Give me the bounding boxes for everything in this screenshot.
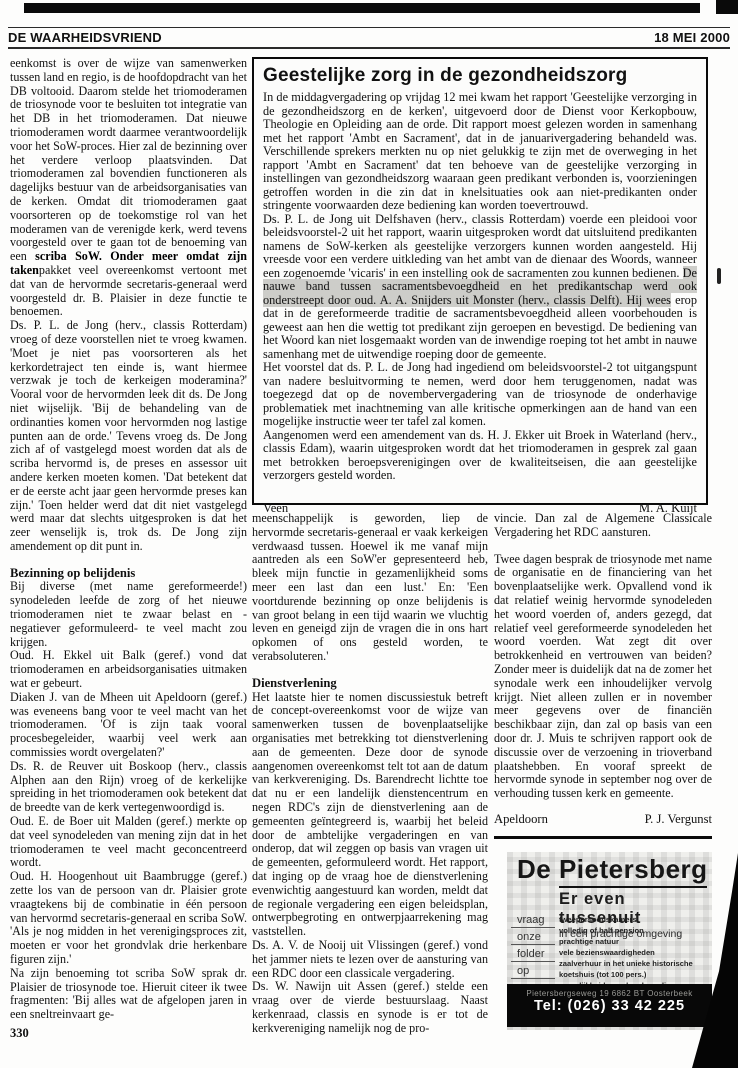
- paragraph: meenschappelijk is geworden, liep de her…: [252, 512, 488, 664]
- advert-top-rule: [494, 836, 712, 839]
- signoff-row: Apeldoorn P. J. Vergunst: [494, 813, 712, 827]
- advert-feature: tweepersoonskamers: [559, 914, 707, 925]
- advert-sidebar: vraag onze folder op: [511, 914, 555, 982]
- advert-address: Pietersbergseweg 19 6862 BT Oosterbeek: [507, 989, 712, 998]
- section-heading: Bezinning op belijdenis: [10, 567, 247, 581]
- paragraph: eenkomst is over de wijze van samenwerke…: [10, 57, 247, 319]
- column-left: eenkomst is over de wijze van samenwerke…: [10, 57, 247, 1022]
- paragraph: In de middagvergadering op vrijdag 12 me…: [263, 91, 697, 213]
- paragraph: Oud. H. Ekkel uit Balk (geref.) vond dat…: [10, 649, 247, 690]
- scan-artifact-topbar: [24, 3, 700, 13]
- advert-de-pietersberg: De Pietersberg Er even tussenuit in een …: [507, 852, 712, 1030]
- paragraph: Bij diverse (met name gereformeerde!) sy…: [10, 580, 247, 649]
- paragraph: Twee dagen besprak de triosynode met nam…: [494, 553, 712, 801]
- paragraph: Ds. W. Nawijn uit Assen (geref.) stelde …: [252, 980, 488, 1035]
- scan-artifact-topbar-fragment: [716, 0, 738, 14]
- signoff-author: P. J. Vergunst: [645, 813, 712, 827]
- paragraph-text: Ds. P. L. de Jong uit Delfshaven (herv.,…: [263, 212, 697, 280]
- paragraph: Na zijn benoeming tot scriba SoW sprak d…: [10, 967, 247, 1022]
- paragraph: Ds. R. de Reuver uit Boskoop (herv., cla…: [10, 760, 247, 815]
- advert-sidebar-word: folder: [511, 948, 555, 962]
- advert-sidebar-word: onze: [511, 931, 555, 945]
- paragraph: vincie. Dan zal de Algemene Classicale V…: [494, 512, 712, 540]
- paragraph: Ds. P. L. de Jong uit Delfshaven (herv.,…: [263, 213, 697, 362]
- paragraph: Ds. P. L. de Jong (herv., classis Rotter…: [10, 319, 247, 554]
- advert-phone: Tel: (026) 33 42 225: [507, 998, 712, 1014]
- issue-date: 18 MEI 2000: [654, 30, 730, 45]
- advert-sidebar-word: vraag: [511, 914, 555, 928]
- advert-title-rule: [559, 886, 707, 888]
- paragraph: Aangenomen werd een amendement van ds. H…: [263, 429, 697, 483]
- paragraph-text: eenkomst is over de wijze van samenwerke…: [10, 56, 247, 263]
- advert-feature: volledig of half pension: [559, 925, 707, 936]
- masthead: DE WAARHEIDSVRIEND 18 MEI 2000: [8, 27, 730, 49]
- paragraph-text: pakket veel overeenkomst vertoont met da…: [10, 263, 247, 318]
- advert-contact-bar: Pietersbergseweg 19 6862 BT Oosterbeek T…: [507, 984, 712, 1027]
- paragraph: Het laatste hier te nomen discussiestuk …: [252, 691, 488, 939]
- advert-feature: vele bezienswaardigheden: [559, 947, 707, 958]
- paragraph: Oud. E. de Boer uit Malden (geref.) merk…: [10, 815, 247, 870]
- page-number: 330: [10, 1026, 29, 1041]
- column-middle: meenschappelijk is geworden, liep de her…: [252, 512, 488, 1035]
- advert-feature: zaalverhuur in het unieke historische ko…: [559, 958, 707, 980]
- column-right: vincie. Dan zal de Algemene Classicale V…: [494, 512, 712, 827]
- signoff-place: Apeldoorn: [494, 813, 548, 827]
- advert-feature: prachtige natuur: [559, 936, 707, 947]
- advert-title: De Pietersberg: [517, 854, 712, 885]
- advert-sidebar-word: op: [511, 965, 555, 979]
- paragraph: Ds. A. V. de Nooij uit Vlissingen (geref…: [252, 939, 488, 980]
- scan-artifact-speck: [717, 268, 721, 284]
- publication-title: DE WAARHEIDSVRIEND: [8, 30, 162, 45]
- paragraph-gap: [494, 540, 712, 553]
- paragraph: Oud. H. Hoogenhout uit Baambrugge (geref…: [10, 870, 247, 967]
- boxed-article-title: Geestelijke zorg in de gezondheidszorg: [263, 65, 697, 87]
- section-heading: Dienstverlening: [252, 677, 488, 691]
- paragraph: Diaken J. van de Mheen uit Apeldoorn (ge…: [10, 691, 247, 760]
- boxed-article: Geestelijke zorg in de gezondheidszorg I…: [252, 57, 708, 505]
- paragraph: Het voorstel dat ds. P. L. de Jong had i…: [263, 361, 697, 429]
